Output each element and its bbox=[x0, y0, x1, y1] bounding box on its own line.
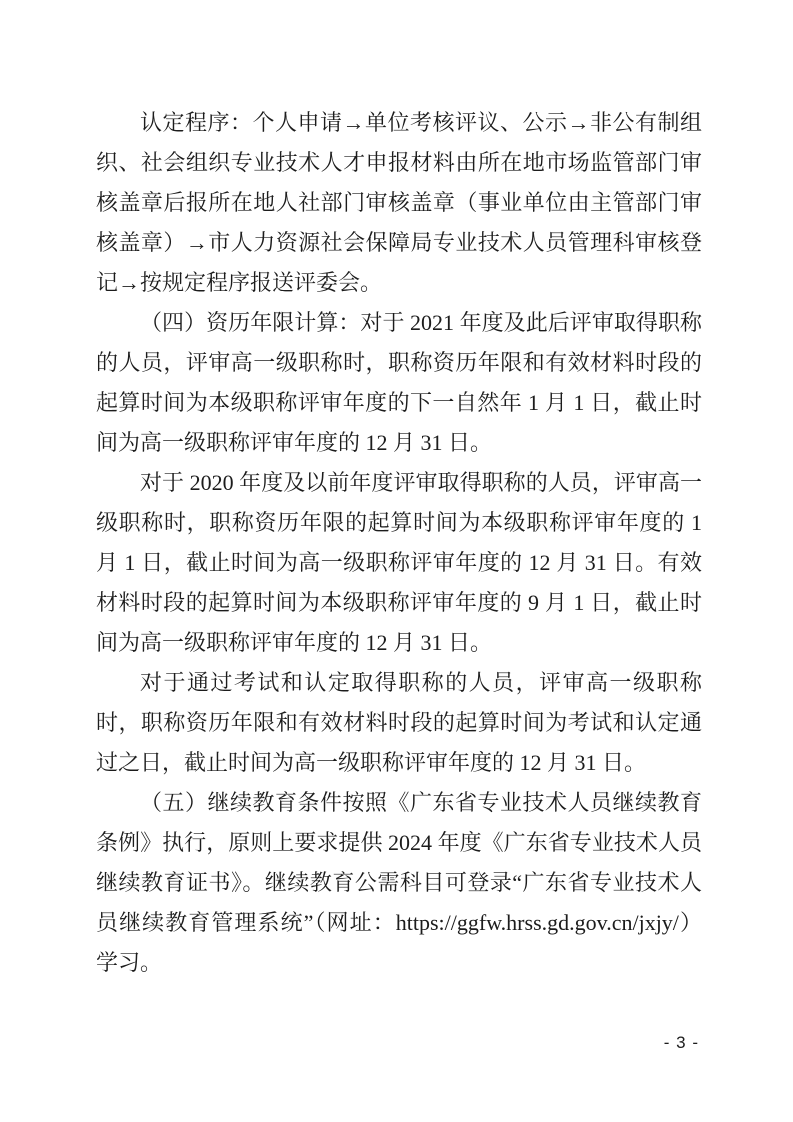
paragraph-certification-procedure: 认定程序：个人申请→单位考核评议、公示→非公有制组织、社会组织专业技术人才申报材… bbox=[96, 103, 702, 303]
document-page: 认定程序：个人申请→单位考核评议、公示→非公有制组织、社会组织专业技术人才申报材… bbox=[0, 0, 793, 1122]
paragraph-seniority-calculation-2020: 对于 2020 年度及以前年度评审取得职称的人员，评审高一级职称时，职称资历年限… bbox=[96, 463, 702, 663]
paragraph-seniority-calculation-2021: （四）资历年限计算：对于 2021 年度及此后评审取得职称的人员，评审高一级职称… bbox=[96, 303, 702, 463]
paragraph-continuing-education: （五）继续教育条件按照《广东省专业技术人员继续教育条例》执行，原则上要求提供 2… bbox=[96, 783, 702, 983]
document-body: 认定程序：个人申请→单位考核评议、公示→非公有制组织、社会组织专业技术人才申报材… bbox=[96, 103, 702, 983]
paragraph-exam-certification-seniority: 对于通过考试和认定取得职称的人员，评审高一级职称时，职称资历年限和有效材料时段的… bbox=[96, 663, 702, 783]
page-number: - 3 - bbox=[664, 1033, 699, 1053]
